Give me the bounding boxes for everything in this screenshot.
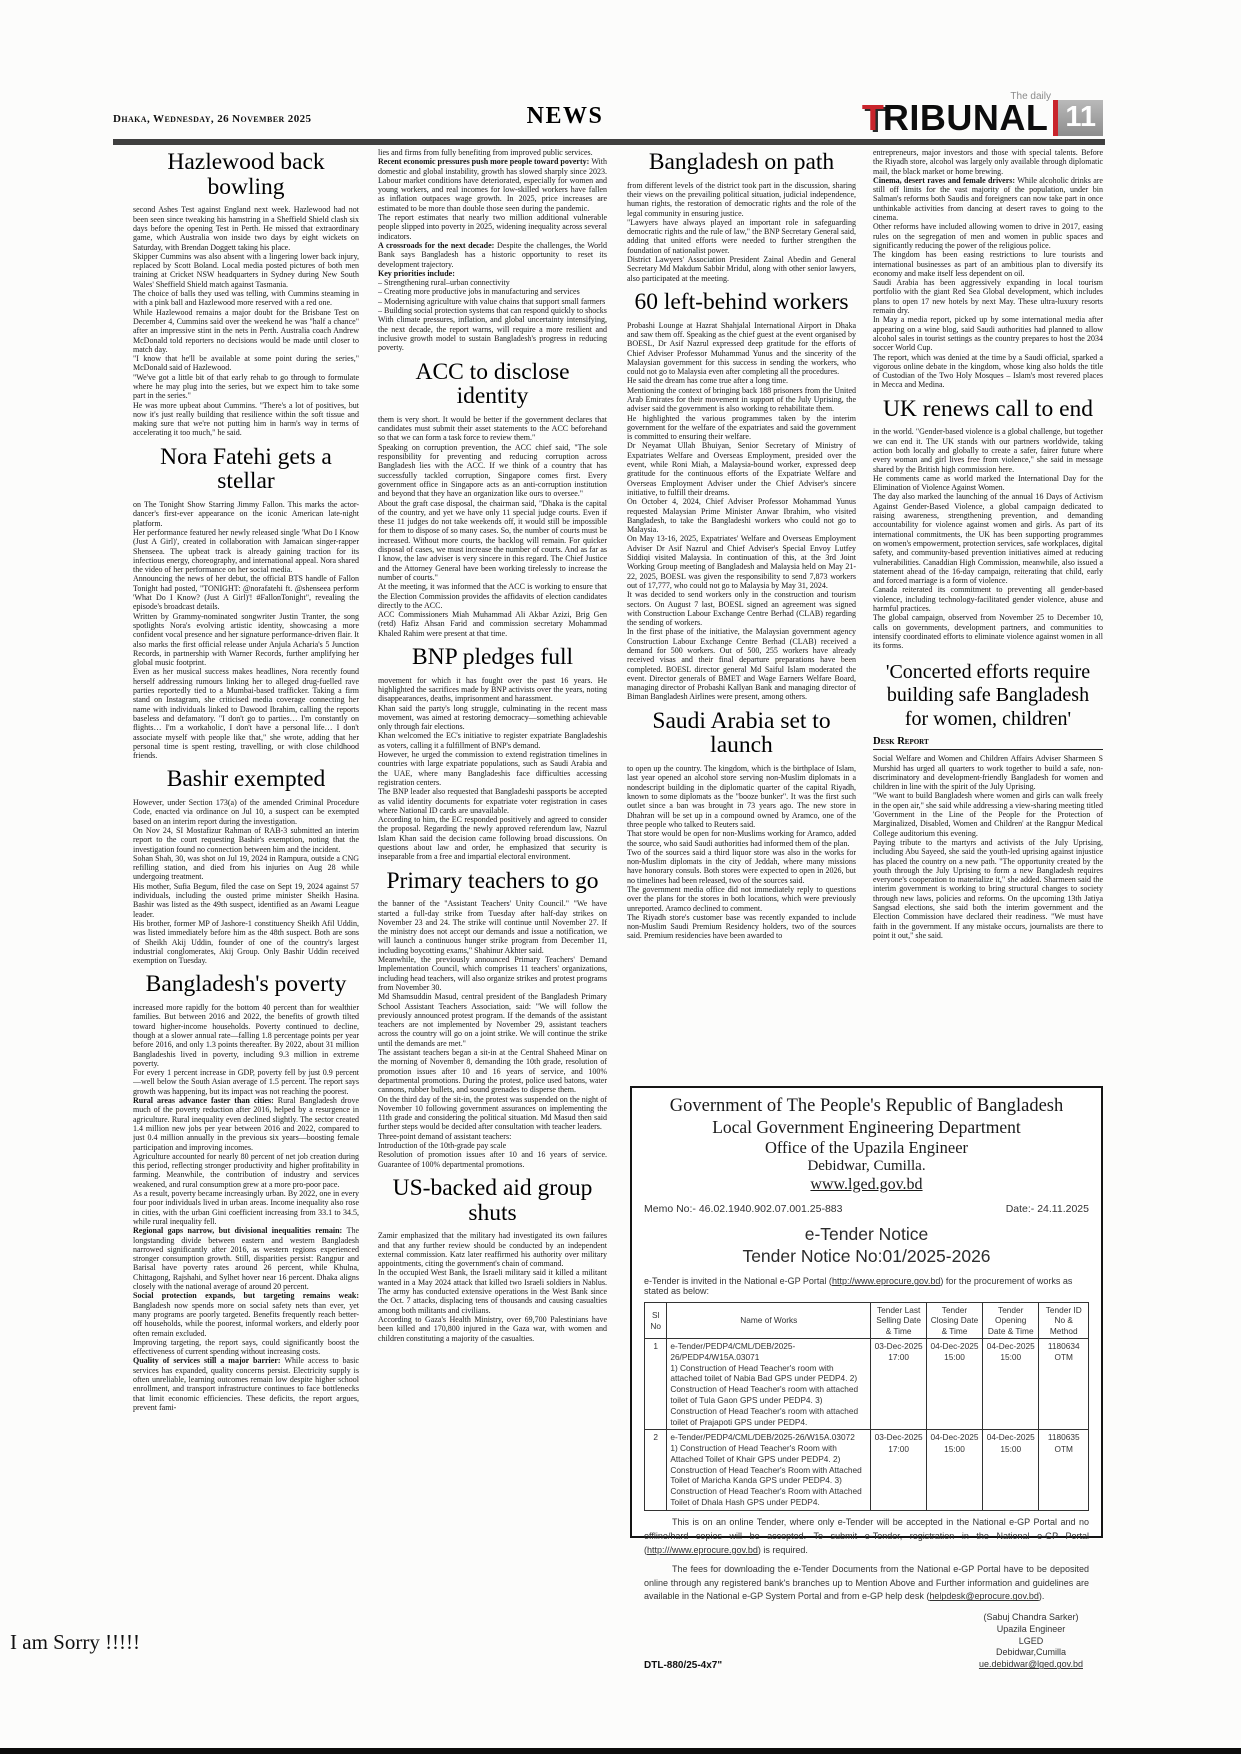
opening-date: 04-Dec-202515:00	[983, 1430, 1039, 1510]
paragraph-lead: Key priorities include:	[378, 269, 455, 278]
article-paragraph: The report estimates that nearly two mil…	[378, 213, 607, 241]
tender-header-row: Sl NoName of WorksTender Last Selling Da…	[645, 1303, 1089, 1339]
article-paragraph: While Hazlewood remains a major doubt fo…	[133, 308, 359, 354]
closing-date: 04-Dec-202515:00	[926, 1339, 982, 1430]
tender-memo-row: Memo No:- 46.02.1940.902.07.001.25-883 D…	[644, 1203, 1089, 1215]
article-paragraph: – Creating more productive jobs in manuf…	[378, 287, 607, 296]
tender-date: Date:- 24.11.2025	[1006, 1203, 1089, 1215]
eprocure-portal-link[interactable]: http://www.eprocure.gov.bd	[832, 1276, 940, 1286]
tender-work-row: 2e-Tender/PEDP4/CML/DEB/2025-26/W15A.030…	[645, 1430, 1089, 1510]
tender-gov-line: Local Government Engineering Department	[644, 1117, 1089, 1138]
signature-line: LGED	[979, 1636, 1083, 1648]
article-paragraph: He comments came as world marked the Int…	[873, 474, 1103, 493]
article-paragraph: According to him, the EC responded posit…	[378, 815, 607, 861]
article-paragraph: to open up the country. The kingdom, whi…	[627, 764, 856, 829]
selling-date: 03-Dec-202517:00	[871, 1339, 927, 1430]
article-paragraph: Cinema, desert raves and female drivers:…	[873, 176, 1103, 222]
article-paragraph: That store would be open for non-Muslims…	[627, 829, 856, 848]
article-paragraph: On the third day of the sit-in, the prot…	[378, 1095, 607, 1132]
tender-invite-line: e-Tender is invited in the National e-GP…	[644, 1276, 1089, 1296]
article-paragraph: His brother, former MP of Jashore-1 cons…	[133, 919, 359, 965]
memo-number: Memo No:- 46.02.1940.902.07.001.25-883	[644, 1203, 842, 1215]
article-paragraph: On Nov 24, SI Mostafizur Rahman of RAB-3…	[133, 826, 359, 854]
news-column-1: Hazlewood back bowlingsecond Ashes Test …	[133, 148, 359, 1538]
article-paragraph: Recent economic pressures push more peop…	[378, 157, 607, 213]
paragraph-lead: Quality of services still a major barrie…	[133, 1356, 285, 1365]
logo-wordmark: T RIBUNAL 11	[862, 100, 1103, 136]
article-paragraph: At the meeting, it was informed that the…	[378, 582, 607, 610]
article-paragraph: Two of the sources said a third liquor s…	[627, 848, 856, 885]
article-paragraph: District Lawyers' Association President …	[627, 255, 856, 283]
paragraph-lead: Recent economic pressures push more peop…	[378, 157, 591, 166]
article-paragraph: With climate pressures, inflation, and g…	[378, 315, 607, 352]
article-paragraph: lies and firms from fully benefiting fro…	[378, 148, 607, 157]
tender-note-link[interactable]: http:///www.eprocure.gov.bd	[647, 1545, 758, 1555]
closing-date-line: 15:00	[930, 1352, 979, 1363]
work-sl-no: 2	[645, 1430, 667, 1510]
tender-id-line: OTM	[1042, 1444, 1085, 1455]
article-headline: Bangladesh on path	[627, 150, 856, 175]
article-paragraph: Md Shamsuddin Masud, central president o…	[378, 992, 607, 1048]
closing-date-line: 04-Dec-2025	[930, 1432, 979, 1443]
article-paragraph: The global campaign, observed from Novem…	[873, 613, 1103, 650]
article-paragraph: The kingdom has been easing restrictions…	[873, 250, 1103, 278]
article-paragraph: Social Welfare and Women and Children Af…	[873, 754, 1103, 791]
article-headline: Hazlewood back bowling	[133, 150, 359, 199]
handwritten-annotation: I am Sorry !!!!!	[10, 1630, 140, 1655]
lged-website-link[interactable]: www.lged.gov.bd	[644, 1176, 1089, 1194]
closing-date: 04-Dec-202515:00	[926, 1430, 982, 1510]
tender-note: The fees for downloading the e-Tender Do…	[644, 1563, 1089, 1605]
work-name: e-Tender/PEDP4/CML/DEB/2025-26/W15A.0307…	[667, 1430, 871, 1510]
tender-gov-line: Office of the Upazila Engineer	[644, 1138, 1089, 1158]
article-paragraph: For every 1 percent increase in GDP, pov…	[133, 1068, 359, 1096]
article-paragraph: The day also marked the launching of the…	[873, 492, 1103, 585]
article-paragraph: "Lawyers have always played an important…	[627, 218, 856, 255]
article-paragraph: Written by Grammy-nominated songwriter J…	[133, 612, 359, 668]
article-paragraph: The assistant teachers began a sit-in at…	[378, 1048, 607, 1094]
article-paragraph: Resolution of promotion issues after 10 …	[378, 1150, 607, 1169]
tender-title: e-Tender Notice	[644, 1224, 1089, 1245]
page-number-badge: 11	[1053, 100, 1103, 136]
article-paragraph: Key priorities include:	[378, 269, 607, 278]
article-headline: 60 left-behind workers	[627, 290, 856, 315]
tender-column-header: Name of Works	[667, 1303, 871, 1339]
article-headline: Bashir exempted	[133, 767, 359, 792]
work-sl-no-line: 2	[648, 1432, 663, 1442]
logo-name: RIBUNAL	[883, 100, 1048, 136]
logo-letter-t: T	[862, 100, 884, 136]
article-paragraph: Agriculture accounted for nearly 80 perc…	[133, 1152, 359, 1189]
invite-text-pre: e-Tender is invited in the National e-GP…	[644, 1276, 832, 1286]
article-paragraph: on The Tonight Show Starring Jimmy Fallo…	[133, 500, 359, 528]
work-sl-no-line: 1	[648, 1341, 663, 1351]
article-paragraph: In the first phase of the initiative, th…	[627, 627, 856, 701]
article-paragraph: ACC Commissioners Miah Muhammad Ali Akba…	[378, 610, 607, 638]
article-paragraph: On May 13-16, 2025, Expatriates' Welfare…	[627, 534, 856, 590]
article-paragraph: "We've got a little bit of that early re…	[133, 373, 359, 401]
scan-edge-strip	[0, 1748, 1241, 1754]
article-paragraph: Saudi Arabia has been aggressively expan…	[873, 278, 1103, 315]
opening-date-line: 04-Dec-2025	[986, 1432, 1035, 1443]
article-paragraph: The choice of balls they used was tellin…	[133, 289, 359, 308]
article-headline: Bangladesh's poverty	[133, 972, 359, 997]
opening-date-line: 15:00	[986, 1352, 1035, 1363]
work-reference: e-Tender/PEDP4/CML/DEB/2025-26/PEDP4/W15…	[670, 1341, 867, 1363]
article-paragraph: On October 4, 2024, Chief Adviser Profes…	[627, 497, 856, 534]
article-paragraph: However, he urged the commission to exte…	[378, 750, 607, 787]
paragraph-lead: A crossroads for the next decade:	[378, 241, 497, 250]
selling-date: 03-Dec-202517:00	[871, 1430, 927, 1510]
selling-date-line: 03-Dec-2025	[874, 1432, 923, 1443]
article-paragraph: Social protection expands, but targeting…	[133, 1291, 359, 1337]
tender-notes: This is on an online Tender, where only …	[644, 1516, 1089, 1605]
tender-gov-line: Debidwar, Cumilla.	[644, 1158, 1089, 1175]
article-paragraph: Khan welcomed the EC's initiative to reg…	[378, 731, 607, 750]
paragraph-lead: Regional gaps narrow, but divisional ine…	[133, 1226, 347, 1235]
article-paragraph: Skipper Cummins was also absent with a l…	[133, 252, 359, 289]
tribunal-logo: The daily T RIBUNAL 11	[862, 91, 1103, 136]
article-paragraph: Introduction of the 10th-grade pay scale	[378, 1141, 607, 1150]
tender-column-header: Sl No	[645, 1303, 667, 1339]
header-rule	[113, 139, 1105, 145]
news-column-2: lies and firms from fully benefiting fro…	[378, 148, 607, 1538]
article-paragraph: entrepreneurs, major investors and those…	[873, 148, 1103, 176]
opening-date-line: 04-Dec-2025	[986, 1341, 1035, 1352]
article-paragraph: His mother, Sufia Begum, filed the case …	[133, 882, 359, 919]
news-column-4: entrepreneurs, major investors and those…	[873, 148, 1103, 1080]
article-paragraph: Her performance featured her newly relea…	[133, 528, 359, 574]
tender-column-header: Tender ID No & Method	[1039, 1303, 1089, 1339]
article-paragraph: Sohan Shah, 30, was shot on Jul 19, 2024…	[133, 854, 359, 882]
work-reference: e-Tender/PEDP4/CML/DEB/2025-26/W15A.0307…	[670, 1432, 867, 1443]
article-paragraph: He said the dream has come true after a …	[627, 376, 856, 385]
article-paragraph: from different levels of the district to…	[627, 181, 856, 218]
signature-line: Upazila Engineer	[979, 1624, 1083, 1636]
signature-line: (Sabuj Chandra Sarker)	[979, 1612, 1083, 1624]
article-paragraph: However, under Section 173(a) of the ame…	[133, 798, 359, 826]
article-paragraph: Mentioning the context of bringing back …	[627, 386, 856, 414]
tender-footer: DTL-880/25-4x7" (Sabuj Chandra Sarker)Up…	[644, 1612, 1089, 1670]
article-headline: ACC to disclose identity	[378, 360, 607, 409]
signature-line: Debidwar,Cumilla	[979, 1647, 1083, 1659]
article-paragraph: – Building social protection systems tha…	[378, 306, 607, 315]
article-paragraph: second Ashes Test against England next w…	[133, 205, 359, 251]
tender-id: 1180634OTM	[1039, 1339, 1089, 1430]
article-paragraph: Paying tribute to the martyrs and activi…	[873, 838, 1103, 940]
tender-note: This is on an online Tender, where only …	[644, 1516, 1089, 1558]
opening-date: 04-Dec-202515:00	[983, 1339, 1039, 1430]
article-paragraph: Speaking on corruption prevention, the A…	[378, 443, 607, 499]
selling-date-line: 17:00	[874, 1352, 923, 1363]
tender-id-line: OTM	[1042, 1352, 1085, 1363]
tender-column-header: Tender Last Selling Date & Time	[871, 1303, 927, 1339]
article-paragraph: Zamir emphasized that the military had i…	[378, 1231, 607, 1268]
article-paragraph: – Strengthening rural–urban connectivity	[378, 278, 607, 287]
article-paragraph: The BNP leader also requested that Bangl…	[378, 787, 607, 815]
article-paragraph: Regional gaps narrow, but divisional ine…	[133, 1226, 359, 1291]
opening-date-line: 15:00	[986, 1444, 1035, 1455]
article-paragraph: Improving targeting, the report says, co…	[133, 1338, 359, 1357]
article-paragraph: The Riyadh store's customer base was rec…	[627, 913, 856, 941]
article-paragraph: Probashi Lounge at Hazrat Shahjalal Inte…	[627, 321, 856, 377]
tender-notice-number: Tender Notice No:01/2025-2026	[644, 1246, 1089, 1267]
tender-work-row: 1e-Tender/PEDP4/CML/DEB/2025-26/PEDP4/W1…	[645, 1339, 1089, 1430]
tender-column-header: Tender Opening Date & Time	[983, 1303, 1039, 1339]
ad-code: DTL-880/25-4x7"	[644, 1660, 722, 1671]
tender-table-header: Sl NoName of WorksTender Last Selling Da…	[645, 1303, 1089, 1339]
article-paragraph: Canada reiterated its commitment to prev…	[873, 585, 1103, 613]
article-paragraph: Quality of services still a major barrie…	[133, 1356, 359, 1412]
article-paragraph: "We want to build Bangladesh where women…	[873, 791, 1103, 837]
paragraph-lead: Rural areas advance faster than cities:	[133, 1096, 278, 1105]
article-paragraph: According to Gaza's Health Ministry, ove…	[378, 1315, 607, 1343]
article-paragraph: Dr Neyamat Ullah Bhuiyan, Senior Secreta…	[627, 441, 856, 497]
article-headline: Nora Fatehi gets a stellar	[133, 445, 359, 494]
tender-id: 1180635OTM	[1039, 1430, 1089, 1510]
article-paragraph: It was decided to send workers only in t…	[627, 590, 856, 627]
article-headline: UK renews call to end	[873, 397, 1103, 422]
article-paragraph: A crossroads for the next decade: Despit…	[378, 241, 607, 269]
article-paragraph: in the world. "Gender-based violence is …	[873, 427, 1103, 473]
signature-block: (Sabuj Chandra Sarker)Upazila EngineerLG…	[979, 1612, 1089, 1670]
article-paragraph: the banner of the "Assistant Teachers' U…	[378, 899, 607, 955]
article-paragraph: Rural areas advance faster than cities: …	[133, 1096, 359, 1152]
article-paragraph: Announcing the news of her debut, the of…	[133, 574, 359, 611]
article-paragraph: – Modernising agriculture with value cha…	[378, 297, 607, 306]
article-headline: US-backed aid group shuts	[378, 1176, 607, 1225]
article-paragraph: Three-point demand of assistant teachers…	[378, 1132, 607, 1141]
article-paragraph: In the occupied West Bank, the Israeli m…	[378, 1268, 607, 1314]
article-paragraph: The government media office did not imme…	[627, 885, 856, 913]
tender-works-table: Sl NoName of WorksTender Last Selling Da…	[644, 1302, 1089, 1511]
newspaper-page: Dhaka, Wednesday, 26 November 2025 NEWS …	[0, 0, 1241, 1754]
selling-date-line: 17:00	[874, 1444, 923, 1455]
tender-column-header: Tender Closing Date & Time	[926, 1303, 982, 1339]
closing-date-line: 15:00	[930, 1444, 979, 1455]
signature-email[interactable]: ue.debidwar@lged.gov.bd	[979, 1659, 1083, 1671]
tender-gov-header: Government of The People's Republic of B…	[644, 1096, 1089, 1175]
closing-date-line: 04-Dec-2025	[930, 1341, 979, 1352]
article-paragraph: "I know that he'll be available at some …	[133, 354, 359, 373]
article-paragraph: Other reforms have included allowing wom…	[873, 222, 1103, 250]
article-paragraph: As a result, poverty became increasingly…	[133, 1189, 359, 1226]
paragraph-lead: Social protection expands, but targeting…	[133, 1291, 359, 1300]
tender-id-line: 1180634	[1042, 1341, 1085, 1352]
paragraph-lead: Cinema, desert raves and female drivers:	[873, 176, 1017, 185]
tender-gov-line: Government of The People's Republic of B…	[644, 1096, 1089, 1117]
tender-note-link[interactable]: helpdesk@eprocure.gov.bd	[929, 1591, 1039, 1601]
article-paragraph: Khan said the party's long struggle, cul…	[378, 704, 607, 732]
article-paragraph: Even as her musical success makes headli…	[133, 667, 359, 760]
article-headline: BNP pledges full	[378, 645, 607, 670]
tender-id-line: 1180635	[1042, 1432, 1085, 1443]
article-paragraph: In May a media report, picked up by some…	[873, 315, 1103, 352]
byline: Desk Report	[873, 736, 1103, 750]
selling-date-line: 03-Dec-2025	[874, 1341, 923, 1352]
work-sl-no: 1	[645, 1339, 667, 1430]
article-paragraph: movement for which it has fought over th…	[378, 676, 607, 704]
article-paragraph: The report, which was denied at the time…	[873, 353, 1103, 390]
article-headline: Primary teachers to go	[378, 869, 607, 894]
news-column-3: Bangladesh on pathfrom different levels …	[627, 148, 856, 1080]
article-paragraph: Meanwhile, the previously announced Prim…	[378, 955, 607, 992]
article-paragraph: He highlighted the various programmes ta…	[627, 414, 856, 442]
article-paragraph: them is very short. It would be better i…	[378, 415, 607, 443]
article-headline-quote: 'Concerted efforts require building safe…	[877, 661, 1099, 732]
article-paragraph: increased more rapidly for the bottom 40…	[133, 1003, 359, 1068]
tender-notice-box: Government of The People's Republic of B…	[630, 1086, 1103, 1538]
tender-table-body: 1e-Tender/PEDP4/CML/DEB/2025-26/PEDP4/W1…	[645, 1339, 1089, 1511]
work-name: e-Tender/PEDP4/CML/DEB/2025-26/PEDP4/W15…	[667, 1339, 871, 1430]
article-paragraph: He was more upbeat about Cummins. "There…	[133, 401, 359, 438]
article-headline: Saudi Arabia set to launch	[627, 709, 856, 758]
article-paragraph: About the graft case disposal, the chair…	[378, 499, 607, 583]
